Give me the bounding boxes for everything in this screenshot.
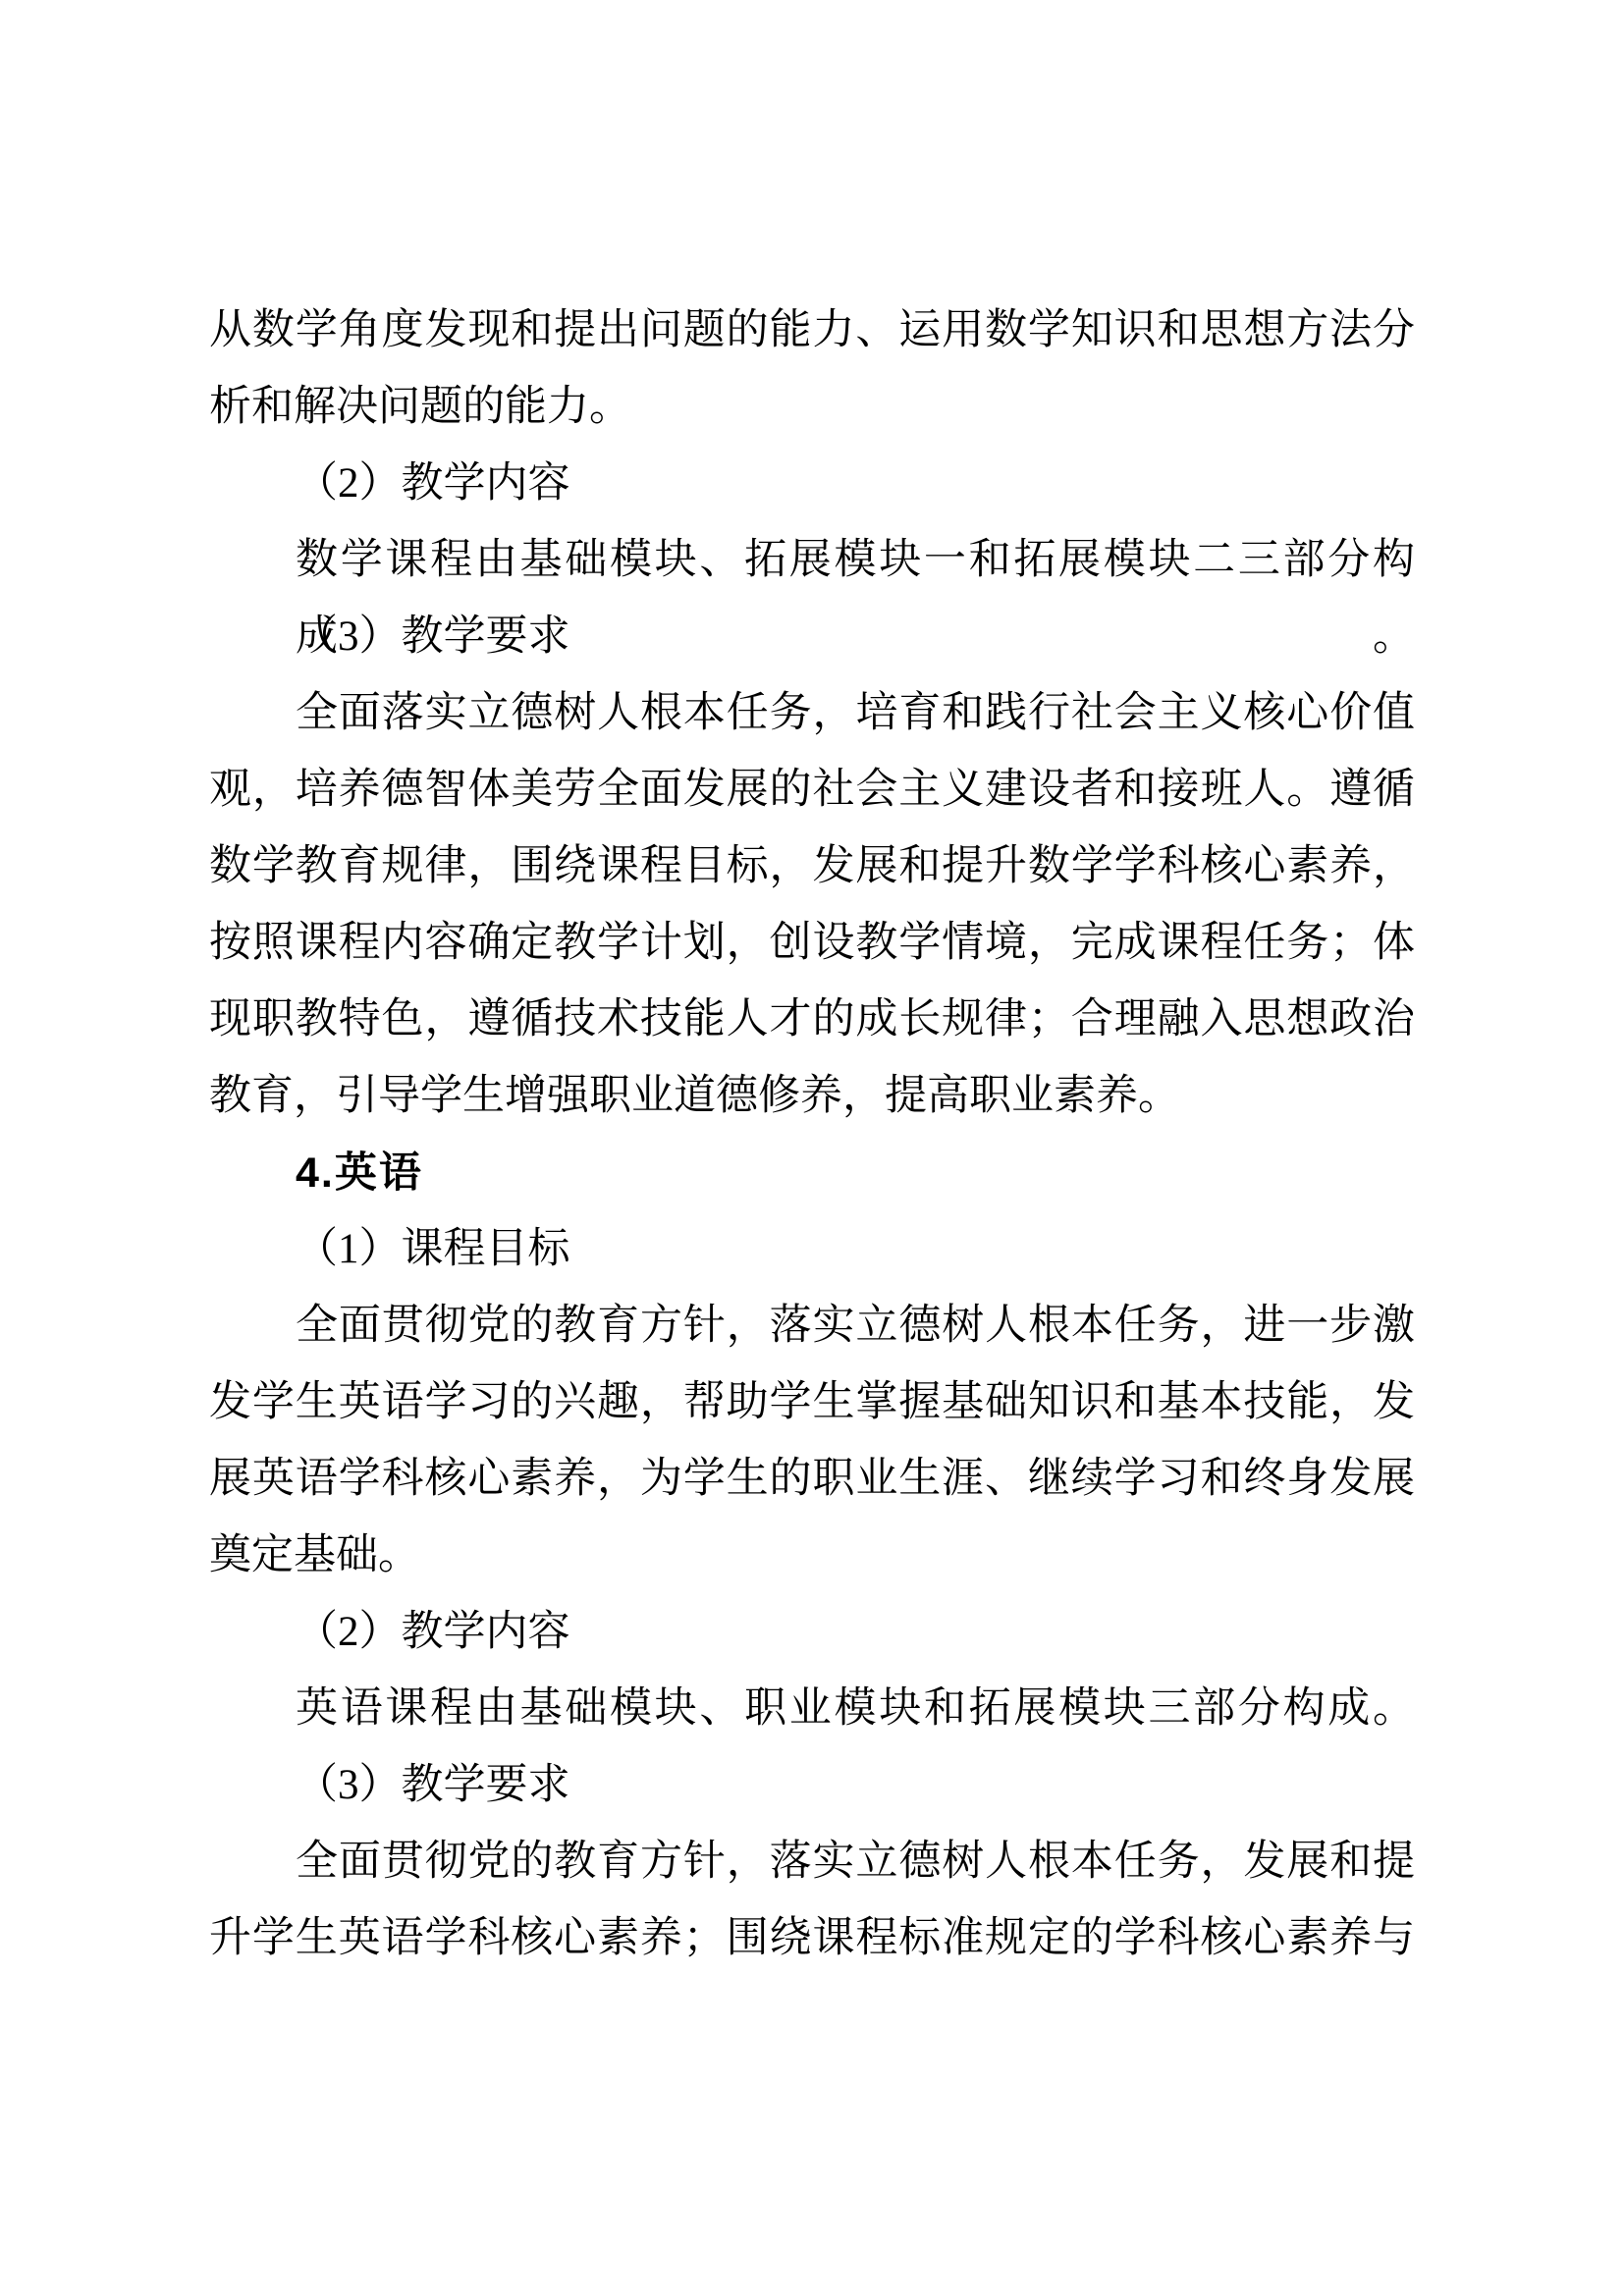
text-line: 全面贯彻党的教育方针，落实立德树人根本任务，发展和提 xyxy=(209,1824,1415,1900)
text-line: 观，培养德智体美劳全面发展的社会主义建设者和接班人。遵循 xyxy=(209,752,1415,828)
text-line: 教育，引导学生增强职业道德修养，提高职业素养。 xyxy=(209,1058,1415,1135)
section-heading: 4.英语 xyxy=(209,1135,1415,1211)
text-line: 全面落实立德树人根本任务，培育和践行社会主义核心价值 xyxy=(209,675,1415,752)
text-line: 现职教特色，遵循技术技能人才的成长规律；合理融入思想政治 xyxy=(209,982,1415,1058)
text-line: （2）教学内容 xyxy=(209,446,1415,522)
text-line: （1）课程目标 xyxy=(209,1211,1415,1288)
text-line: （3）教学要求 xyxy=(209,1747,1415,1824)
text-line: 英语课程由基础模块、职业模块和拓展模块三部分构成。 xyxy=(209,1671,1415,1747)
text-line: 数学教育规律，围绕课程目标，发展和提升数学学科核心素养， xyxy=(209,828,1415,905)
text-line: 升学生英语学科核心素养；围绕课程标准规定的学科核心素养与 xyxy=(209,1900,1415,1977)
text-line: （2）教学内容 xyxy=(209,1594,1415,1671)
text-line: 发学生英语学习的兴趣，帮助学生掌握基础知识和基本技能，发 xyxy=(209,1364,1415,1441)
text-line: 展英语学科核心素养，为学生的职业生涯、继续学习和终身发展 xyxy=(209,1441,1415,1518)
document-page: 从数学角度发现和提出问题的能力、运用数学知识和思想方法分析和解决问题的能力。（2… xyxy=(0,0,1624,2296)
text-line: 数学课程由基础模块、拓展模块一和拓展模块二三部分构成。 xyxy=(209,522,1415,599)
document-text-block: 从数学角度发现和提出问题的能力、运用数学知识和思想方法分析和解决问题的能力。（2… xyxy=(209,293,1415,1977)
text-line: 全面贯彻党的教育方针，落实立德树人根本任务，进一步激 xyxy=(209,1288,1415,1364)
text-line: 奠定基础。 xyxy=(209,1518,1415,1594)
text-line: 从数学角度发现和提出问题的能力、运用数学知识和思想方法分 xyxy=(209,293,1415,369)
text-line: 按照课程内容确定教学计划，创设教学情境，完成课程任务；体 xyxy=(209,905,1415,982)
text-line: 析和解决问题的能力。 xyxy=(209,369,1415,446)
